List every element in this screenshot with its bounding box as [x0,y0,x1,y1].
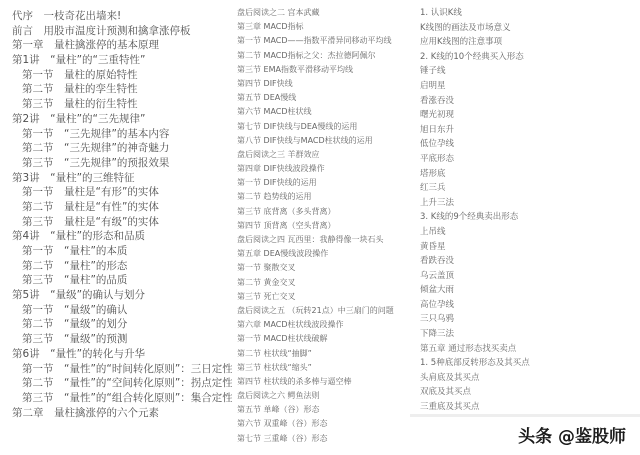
toc-entry: 第四节 柱状线的杀多棒与逼空棒 [237,375,412,389]
toc-entry: 应用K线图的注意事项 [420,35,635,50]
toc-entry: 下降三法 [420,327,635,342]
toc-entry: 第3讲 “量柱”的三维特征 [12,171,232,186]
toc-entry: 第二节 “量性”的“空间转化原则”：拐点定性 [12,376,232,391]
toc-entry: 第六节 双重峰（谷）形态 [237,417,412,431]
toc-entry: 上升三法 [420,196,635,211]
toc-entry: 曙光初现 [420,108,635,123]
toc-entry: 第六章 MACD柱状线波段操作 [237,318,412,332]
toc-entry: 第二章 量柱擒涨停的六个元素 [12,406,232,421]
toc-entry: 第八节 DIF快线与MACD柱状线的运用 [237,134,412,148]
toc-entry: 第一节 “量级”的确认 [12,303,232,318]
toc-entry: 盘后阅读之六 鳄鱼法则 [237,389,412,403]
toc-entry: 第二节 “量级”的划分 [12,317,232,332]
toc-entry: 第二节 “三先规律”的神奇魅力 [12,141,232,156]
toc-entry: 第三节 “量级”的预测 [12,332,232,347]
toc-entry: 启明星 [420,79,635,94]
toc-entry: 第6讲 “量性”的转化与升华 [12,347,232,362]
toc-entry: 第五节 单峰（谷）形态 [237,403,412,417]
toc-entry: 第一节 “量性”的“时间转化原则”：三日定性 [12,362,232,377]
toc-entry: 第一节 量柱是“有形”的实体 [12,185,232,200]
toc-entry: 第四章 DIF快线波段操作 [237,162,412,176]
toc-entry: 看涨吞没 [420,94,635,109]
toc-entry: 第一节 MACD柱状线破解 [237,332,412,346]
toc-entry: 塔形底 [420,167,635,182]
toc-column-3: 1. 认识K线K线图的画法及市场意义应用K线图的注意事项2. K线的10个经典买… [420,6,635,415]
toc-entry: 第五章 通过形态找买卖点 [420,342,635,357]
toc-entry: 第4讲 “量柱”的形态和品质 [12,229,232,244]
toc-entry: 双底及其买点 [420,385,635,400]
toc-entry: 盘后阅读之二 宫本武藏 [237,6,412,20]
toc-entry: 第一节 量柱的原始特性 [12,68,232,83]
toc-entry: 第三节 “量柱”的品质 [12,273,232,288]
toc-entry: 第三章 MACD指标 [237,20,412,34]
toc-entry: 上吊线 [420,225,635,240]
toc-entry: 盘后阅读之四 瓦西里：我静得像一块石头 [237,233,412,247]
toc-entry: 看跌吞没 [420,254,635,269]
toc-entry: 第六节 MACD柱状线 [237,105,412,119]
toc-entry: 3. K线的9个经典卖出形态 [420,210,635,225]
toc-entry: 第三节 EMA指数平滑移动平均线 [237,63,412,77]
divider [410,414,640,417]
toc-entry: 第二节 柱状线“抽脚” [237,347,412,361]
toc-entry: 第二节 黄金交叉 [237,276,412,290]
toc-entry: 锤子线 [420,64,635,79]
toc-entry: 第一节 “三先规律”的基本内容 [12,127,232,142]
toc-entry: 乌云盖顶 [420,269,635,284]
toc-entry: 第三节 量柱是“有级”的实体 [12,215,232,230]
toc-entry: 第七节 DIF快线与DEA慢线的运用 [237,120,412,134]
toc-entry: 高位孕线 [420,298,635,313]
toc-entry: 第5讲 “量级”的确认与划分 [12,288,232,303]
toc-entry: 第三节 底背离（多头背离） [237,205,412,219]
toc-entry: 第三节 量柱的衍生特性 [12,97,232,112]
toc-entry: 三只乌鸦 [420,312,635,327]
toc-entry: 第五节 DEA慢线 [237,91,412,105]
toc-entry: 第二节 量柱是“有性”的实体 [12,200,232,215]
toc-entry: 第一章 量柱擒涨停的基本原理 [12,38,232,53]
toc-entry: 1. 认识K线 [420,6,635,21]
toc-entry: 第二节 量柱的孪生特性 [12,82,232,97]
toc-entry: 三重底及其买点 [420,400,635,415]
watermark: 头条 @鉴股师 [518,422,626,447]
toc-entry: 第一节 DIF快线的运用 [237,176,412,190]
toc-entry: 第四节 顶背离（空头背离） [237,219,412,233]
toc-entry: 第三节 柱状线“缩头” [237,361,412,375]
toc-entry: 1. 5种底部反转形态及其买点 [420,356,635,371]
toc-entry: 盘后阅读之五 （玩转21点）中三扇门的问题 [237,304,412,318]
toc-entry: 黄昏星 [420,240,635,255]
toc-entry: 第一节 MACD——指数平滑异同移动平均线 [237,34,412,48]
toc-entry: 2. K线的10个经典买入形态 [420,50,635,65]
toc-column-2: 盘后阅读之二 宫本武藏第三章 MACD指标第一节 MACD——指数平滑异同移动平… [237,6,412,446]
toc-entry: 倾盆大雨 [420,283,635,298]
toc-entry: 前言 用股市温度计预测和擒拿涨停板 [12,24,232,39]
toc-entry: 红三兵 [420,181,635,196]
toc-entry: 平底形态 [420,152,635,167]
toc-entry: 第三节 “三先规律”的预报效果 [12,156,232,171]
toc-entry: 第二节 趋势线的运用 [237,190,412,204]
toc-entry: 低位孕线 [420,137,635,152]
toc-entry: 第二节 “量柱”的形态 [12,259,232,274]
toc-entry: 第一节 “量柱”的本质 [12,244,232,259]
toc-entry: 第五章 DEA慢线波段操作 [237,247,412,261]
toc-entry: 第二节 MACD指标之父：杰拉德阿佩尔 [237,49,412,63]
toc-entry: 头肩底及其买点 [420,371,635,386]
toc-entry: K线图的画法及市场意义 [420,21,635,36]
toc-entry: 第一节 聚散交叉 [237,261,412,275]
toc-entry: 第三节 死亡交叉 [237,290,412,304]
toc-entry: 第四节 DIF快线 [237,77,412,91]
toc-entry: 盘后阅读之三 羊群效应 [237,148,412,162]
toc-column-1: 代序 一枝奇花出墙来!前言 用股市温度计预测和擒拿涨停板第一章 量柱擒涨停的基本… [12,9,232,420]
toc-entry: 旭日东升 [420,123,635,138]
toc-entry: 第1讲 “量柱”的“三重特性” [12,53,232,68]
toc-entry: 第七节 三重峰（谷）形态 [237,432,412,446]
toc-entry: 代序 一枝奇花出墙来! [12,9,232,24]
toc-entry: 第三节 “量性”的“组合转化原则”：集合定性 [12,391,232,406]
toc-entry: 第2讲 “量柱”的“三先规律” [12,112,232,127]
